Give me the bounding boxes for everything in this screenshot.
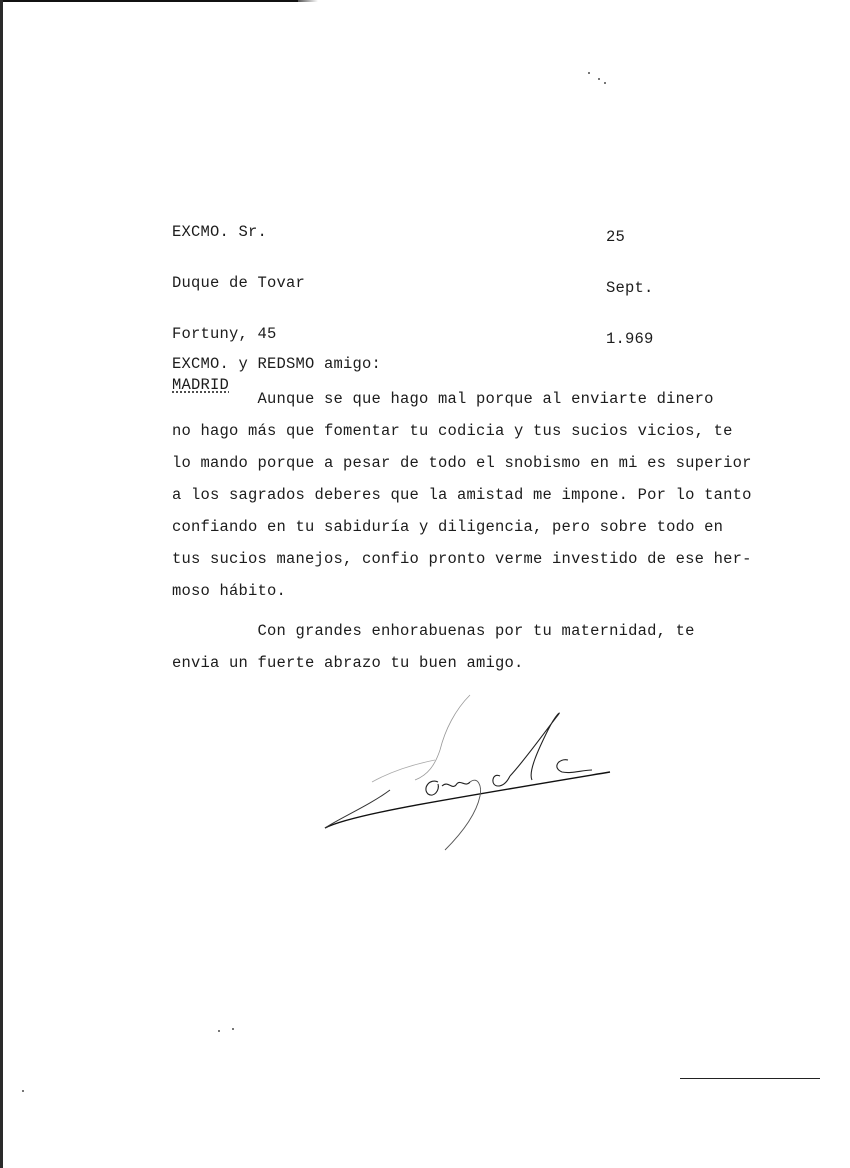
scan-edge-left bbox=[0, 0, 3, 1168]
letter-date: 25 Sept. 1.969 bbox=[606, 195, 654, 382]
body-line: Aunque se que hago mal porque al enviart… bbox=[172, 390, 714, 408]
scan-speck bbox=[604, 82, 606, 84]
body-line: no hago más que fomentar tu codicia y tu… bbox=[172, 422, 733, 440]
date-year: 1.969 bbox=[606, 331, 654, 348]
scan-artifact-rule bbox=[680, 1078, 820, 1079]
letter-page: EXCMO. Sr. Duque de Tovar Fortuny, 45 MA… bbox=[0, 0, 850, 1168]
body-line: envia un fuerte abrazo tu buen amigo. bbox=[172, 654, 524, 672]
body-line: moso hábito. bbox=[172, 582, 286, 600]
scan-speck bbox=[598, 78, 600, 80]
body-line: confiando en tu sabiduría y diligencia, … bbox=[172, 518, 723, 536]
scan-speck bbox=[218, 1030, 220, 1032]
scan-speck bbox=[22, 1090, 24, 1092]
date-month: Sept. bbox=[606, 280, 654, 297]
signature-icon bbox=[310, 690, 630, 860]
scan-edge-top-fade bbox=[298, 0, 318, 2]
recipient-name: Duque de Tovar bbox=[172, 275, 305, 292]
salutation: EXCMO. y REDSMO amigo: bbox=[172, 356, 381, 373]
body-line: a los sagrados deberes que la amistad me… bbox=[172, 486, 752, 504]
scan-speck bbox=[588, 72, 590, 74]
scan-edge-top bbox=[0, 0, 298, 2]
recipient-title: EXCMO. Sr. bbox=[172, 224, 305, 241]
date-day: 25 bbox=[606, 229, 654, 246]
body-line: lo mando porque a pesar de todo el snobi… bbox=[172, 454, 752, 472]
scan-speck bbox=[232, 1028, 234, 1030]
body-line: tus sucios manejos, confio pronto verme … bbox=[172, 550, 752, 568]
body-line: Con grandes enhorabuenas por tu maternid… bbox=[172, 622, 695, 640]
recipient-street: Fortuny, 45 bbox=[172, 326, 305, 343]
